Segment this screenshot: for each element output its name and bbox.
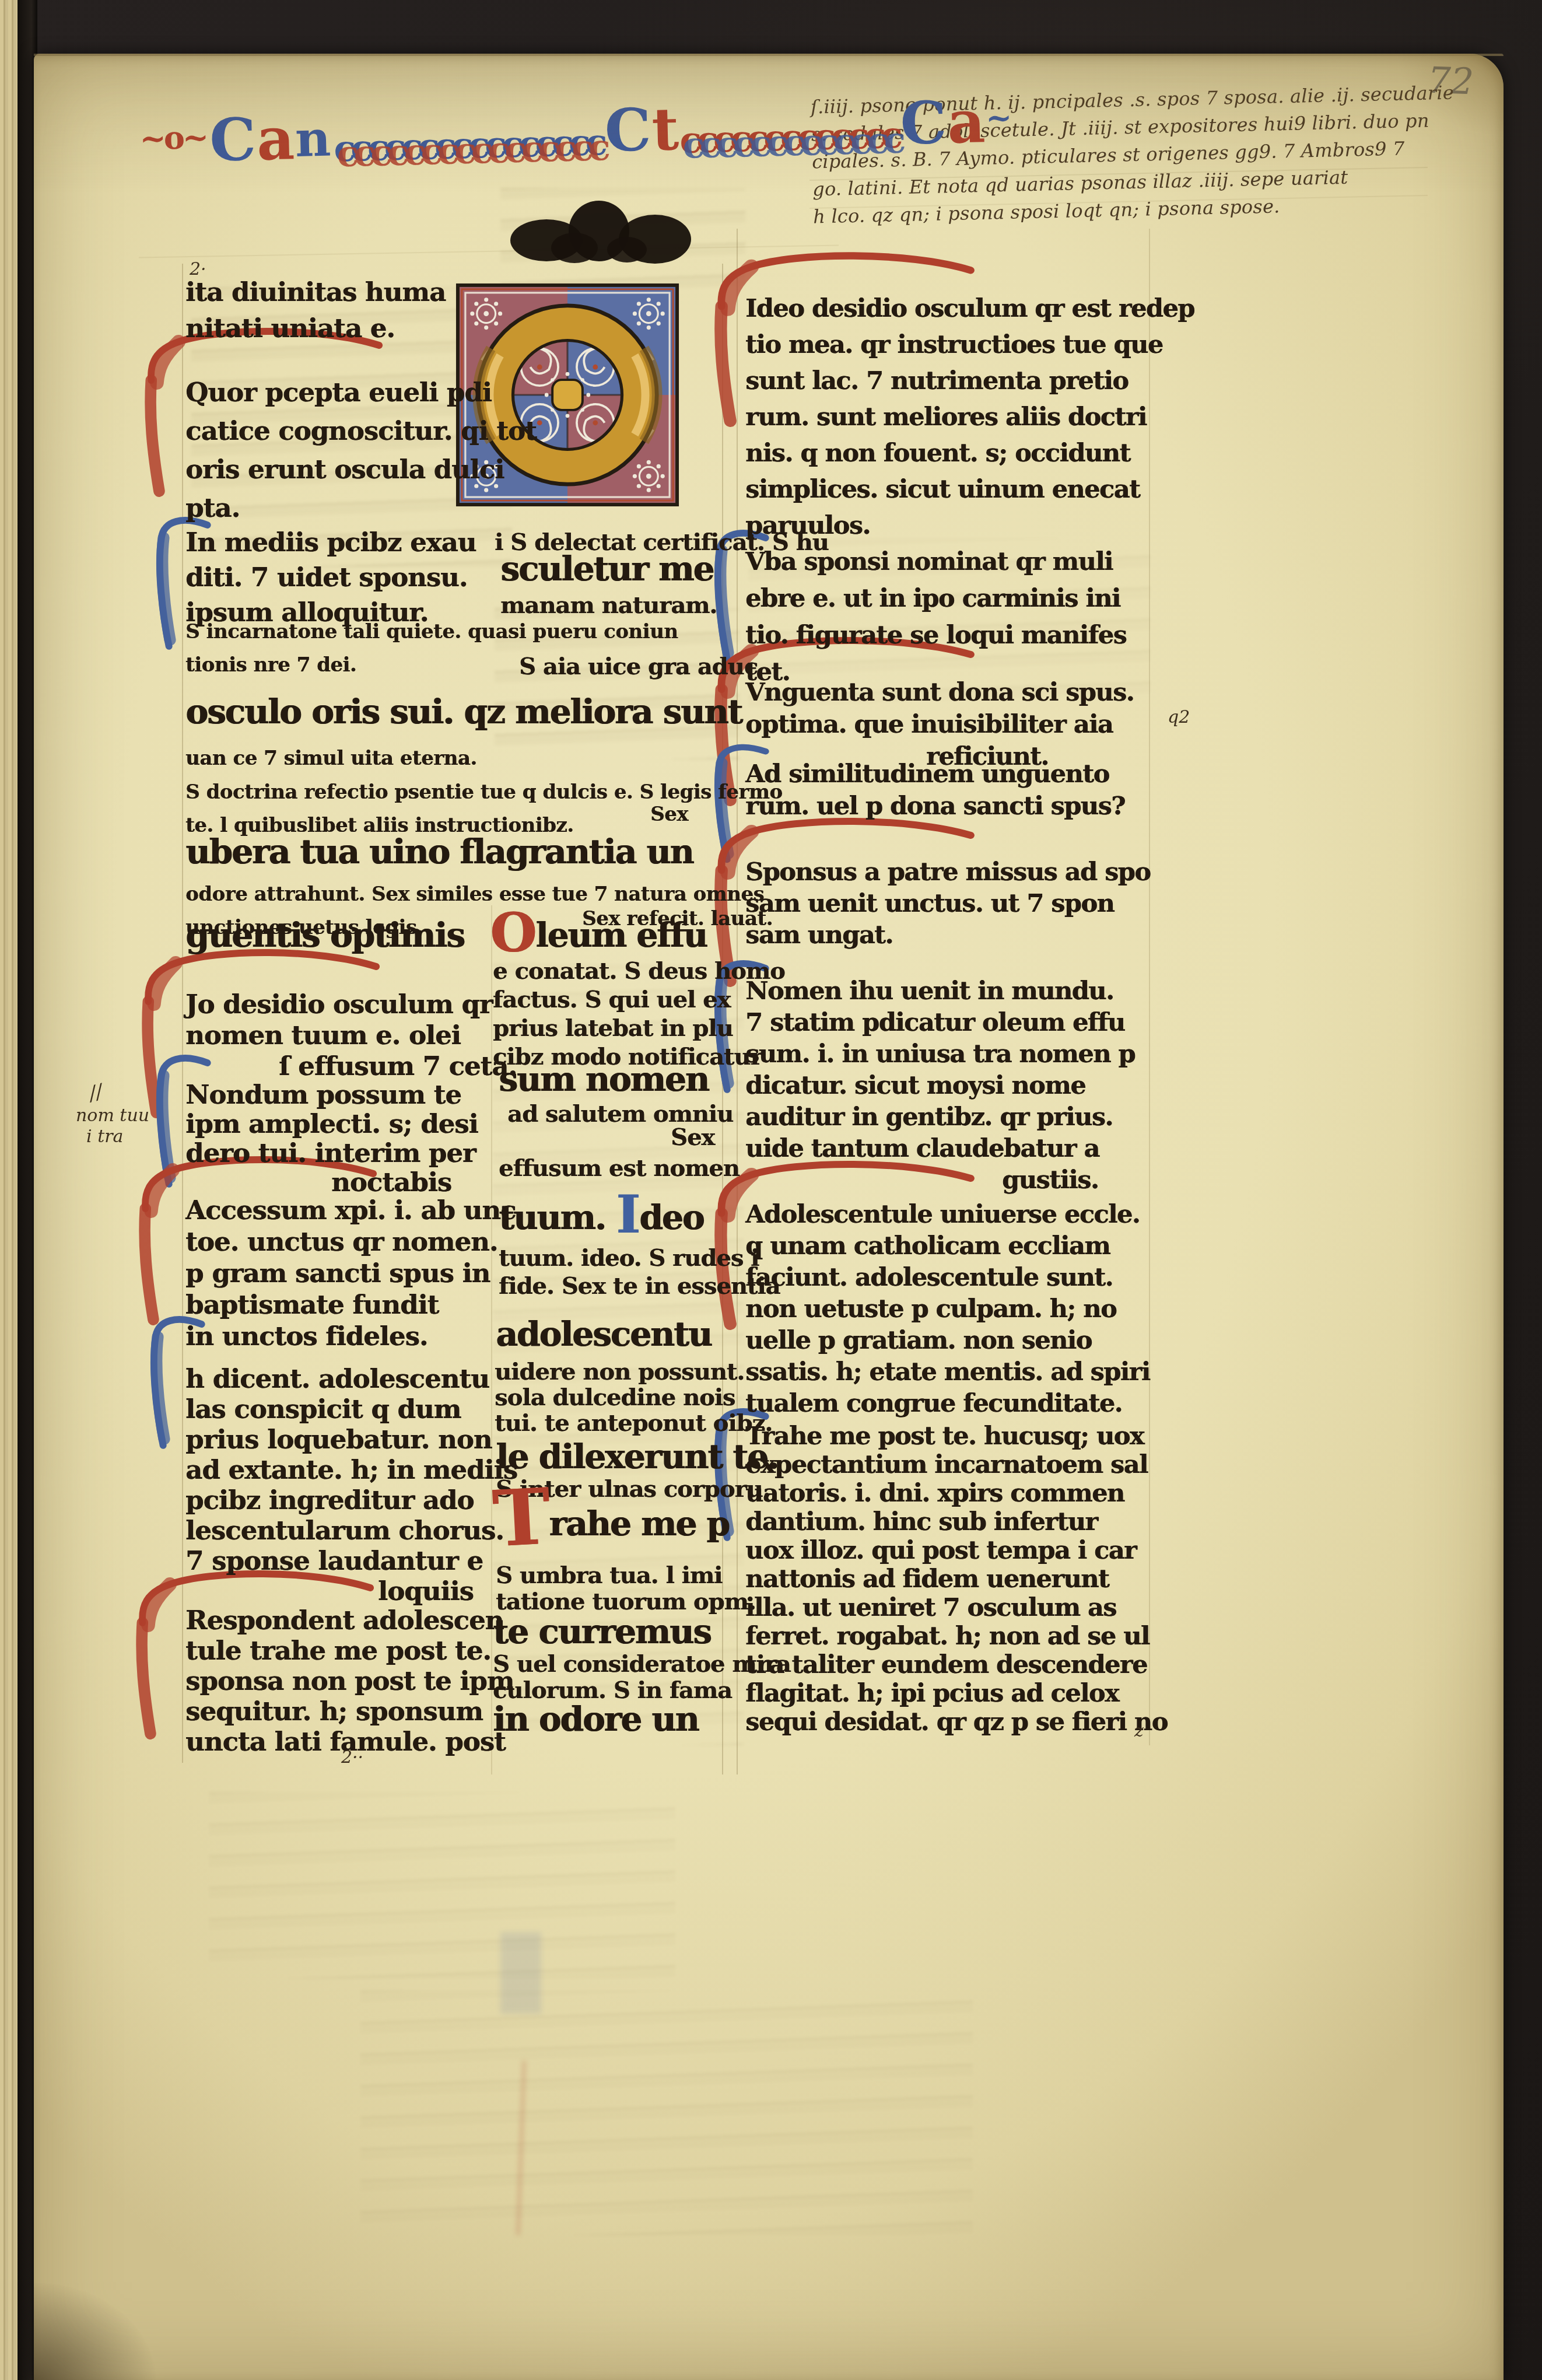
text-line: Adolescentule uniuerse eccle. bbox=[745, 1199, 1150, 1230]
text-line: noctabis bbox=[185, 1168, 478, 1197]
text-line: tio mea. qr instructioes tue que bbox=[745, 327, 1194, 363]
text-line: sequi desidat. qr qz p se fieri no bbox=[745, 1708, 1168, 1737]
text-line: ssatis. h; etate mentis. ad spiri bbox=[745, 1356, 1150, 1388]
text-line: non uetuste p culpam. h; no bbox=[745, 1293, 1150, 1325]
text-line: uelle p gratiam. non senio bbox=[745, 1325, 1150, 1356]
text-line: gustiis. bbox=[745, 1164, 1135, 1196]
gloss-block: tuum. ideo. S rudes ifide. Sex te in ess… bbox=[499, 1244, 780, 1300]
lemma-tuum-ideo: tuum. Ideo bbox=[499, 1197, 703, 1238]
gloss-block: S umbra tua. l imitatione tuorum opm. bbox=[496, 1562, 756, 1615]
text-line: 7 statim pdicatur oleum effu bbox=[745, 1007, 1135, 1038]
ink-blot bbox=[510, 192, 691, 280]
lemma-odore: in odore un bbox=[493, 1699, 698, 1739]
text-line: tui. te anteponut oibz. bbox=[495, 1410, 772, 1436]
text-line: tio. figurate se loqui manifes bbox=[745, 617, 1126, 654]
text-line: ſ effusum 7 ceta. bbox=[185, 1051, 517, 1081]
text-line: e conatat. S deus homo bbox=[493, 957, 785, 985]
lemma-oleum: Oleum effu bbox=[490, 915, 707, 956]
show-through bbox=[209, 1792, 675, 1979]
text-line: factus. S qui uel ex bbox=[493, 985, 785, 1014]
quire-mark: 2·· bbox=[341, 1747, 363, 1767]
text-line: h dicent. adolescentu bbox=[185, 1364, 517, 1394]
insertion-mark: // bbox=[87, 1081, 105, 1104]
text-line: sequitur. h; sponsum bbox=[185, 1696, 514, 1727]
band-letter: C bbox=[209, 105, 254, 175]
show-through bbox=[360, 1990, 973, 2235]
text-line: paruulos. bbox=[745, 508, 1194, 544]
text-line: dantium. hinc sub infertur bbox=[745, 1508, 1168, 1536]
text-line: toe. unctus qr nomen. bbox=[185, 1226, 516, 1258]
band-letter: C bbox=[604, 95, 650, 165]
gloss-block: Jo desidio osculum qrnomen tuum e. oleiſ… bbox=[185, 989, 517, 1081]
text-line: uox illoz. qui post tempa i car bbox=[745, 1536, 1168, 1565]
text-line: Quor pcepta eueli pdi bbox=[185, 373, 537, 412]
gloss-block: effusum est nomen bbox=[499, 1154, 740, 1182]
lemma-adolescentu: adolescentu bbox=[496, 1314, 712, 1354]
band-letter: a bbox=[947, 87, 984, 156]
text-line: catice cognoscitur. qi tot bbox=[185, 412, 537, 450]
text-line: prius latebat in plu bbox=[493, 1014, 785, 1042]
text-line: S aia uice gra aduc bbox=[519, 652, 758, 681]
text-line: Vnguenta sunt dona sci spus. bbox=[745, 677, 1134, 709]
text-line: ad extante. h; in mediis bbox=[185, 1455, 517, 1485]
margin-note: q2 bbox=[1168, 707, 1190, 727]
text-line: q unam catholicam eccliam bbox=[745, 1230, 1150, 1262]
text-line: Vba sponsi nominat qr muli bbox=[745, 544, 1126, 580]
facing-page-edge bbox=[0, 0, 17, 2380]
text-line: simplices. sicut uinum enecat bbox=[745, 471, 1194, 508]
lemma-curremus: te curremus bbox=[493, 1611, 711, 1652]
gloss-block: ita diuinitas humanitati uniata e. bbox=[185, 274, 446, 346]
text-line: tualem congrue fecunditate. bbox=[745, 1388, 1150, 1419]
text-line: in unctos fideles. bbox=[185, 1321, 516, 1352]
text-line: uatoris. i. dni. xpirs commen bbox=[745, 1479, 1168, 1508]
text-line: S umbra tua. l imi bbox=[496, 1562, 756, 1588]
text-line: faciunt. adolescentule sunt. bbox=[745, 1262, 1150, 1293]
gloss-block: S aia uice gra aduc bbox=[519, 652, 758, 681]
text-line: fide. Sex te in essentia bbox=[499, 1272, 780, 1300]
rubric-initial-O: O bbox=[490, 901, 535, 964]
text-line: illa. ut ueniret 7 osculum as bbox=[745, 1594, 1168, 1622]
text-line: oris erunt oscula dulci bbox=[185, 450, 537, 489]
penwork-loops: ccccccccccccc ccccccccccccc bbox=[679, 114, 899, 171]
text-line: pcibz ingreditur ado bbox=[185, 1485, 517, 1515]
text-line: sunt lac. 7 nutrimenta pretio bbox=[745, 363, 1194, 399]
text-line: sam ungat. bbox=[745, 919, 1150, 951]
band-letter: t bbox=[651, 94, 677, 164]
text-line: nitati uniata e. bbox=[185, 310, 446, 346]
gloss-line: uan ce 7 simul uita eterna. bbox=[185, 742, 477, 775]
text-line: ipm amplecti. s; desi bbox=[185, 1109, 478, 1139]
text-line: nis. q non fouent. s; occidunt bbox=[745, 435, 1194, 471]
lemma-ubera: ubera tua uino flagrantia un bbox=[185, 831, 693, 872]
lemma-trahe: Trahe me p bbox=[493, 1498, 729, 1544]
gloss-block: e conatat. S deus homofactus. S qui uel … bbox=[493, 957, 785, 1071]
text-line: las conspicit q dum bbox=[185, 1394, 517, 1424]
penwork-loops: cccccccccccccccc cccccccccccccccc bbox=[334, 121, 603, 180]
text-line: diti. 7 uidet sponsu. bbox=[185, 560, 476, 595]
rubric-initial-I: I bbox=[616, 1184, 639, 1245]
band-letter: n bbox=[295, 110, 331, 168]
gloss-block: Trahe me post te. hucusq; uoxexpectantiu… bbox=[745, 1422, 1168, 1737]
text-line: Jo desidio osculum qr bbox=[185, 989, 517, 1020]
text-line: uide tantum claudebatur a bbox=[745, 1133, 1135, 1164]
text-line: S doctrina refectio psentie tue q dulcis… bbox=[185, 776, 782, 809]
gloss-block: In mediis pcibz exauditi. 7 uidet sponsu… bbox=[185, 525, 476, 630]
gloss-block: Quor pcepta eueli pdicatice cognoscitur.… bbox=[185, 373, 537, 527]
show-through-red bbox=[516, 2060, 526, 2235]
text-line: flagitat. h; ipi pcius ad celox bbox=[745, 1679, 1168, 1708]
text-line: loquiis bbox=[185, 1576, 517, 1606]
text-line: 7 sponse laudantur e bbox=[185, 1546, 517, 1576]
text-line: lescentularum chorus. bbox=[185, 1515, 517, 1546]
text-line: In mediis pcibz exau bbox=[185, 525, 476, 560]
gloss-catchword: Sex bbox=[671, 1123, 714, 1151]
text-line: sam uenit unctus. ut 7 spon bbox=[745, 888, 1150, 919]
text-line: nattonis ad fidem uenerunt bbox=[745, 1565, 1168, 1594]
text-line: Sponsus a patre missus ad spo bbox=[745, 856, 1150, 888]
text-line: Accessum xpi. i. ab unc bbox=[185, 1195, 516, 1226]
gloss-block: Respondent adolescentule trahe me post t… bbox=[185, 1605, 514, 1757]
text-line: sponsa non post te ipm bbox=[185, 1666, 514, 1696]
text-line: Ideo desidio osculum qr est redep bbox=[745, 290, 1194, 327]
correction-mark: 2· bbox=[190, 259, 206, 279]
band-letter: a bbox=[256, 104, 293, 173]
text-line: ita diuinitas huma bbox=[185, 274, 446, 310]
gloss-block: Nomen ihu uenit in mundu.7 statim pdicat… bbox=[745, 975, 1135, 1196]
manuscript-photo: { "page": { "folio": "72", "top_mark": "… bbox=[0, 0, 1542, 2380]
lemma-sum-nomen: sum nomen bbox=[499, 1059, 709, 1100]
text-line: baptismate fundit bbox=[185, 1289, 516, 1321]
text-line: manam naturam. bbox=[500, 591, 717, 619]
text-line: S incarnatone tali quiete. quasi pueru c… bbox=[185, 615, 678, 649]
margin-note: nom tuu i tra bbox=[76, 1105, 149, 1147]
text-line: Nomen ihu uenit in mundu. bbox=[745, 975, 1135, 1007]
lemma-osculo: osculo oris sui. qz meliora sunt bbox=[185, 691, 742, 732]
gloss-block: Adolescentule uniuerse eccle.q unam cath… bbox=[745, 1199, 1150, 1419]
gloss-block: Nondum possum teipm amplecti. s; desider… bbox=[185, 1080, 478, 1197]
text-line: auditur in gentibz. qr prius. bbox=[745, 1101, 1135, 1133]
text-line: ferret. rogabat. h; non ad se ul bbox=[745, 1622, 1168, 1651]
text-line: rum. uel p dona sancti spus? bbox=[745, 790, 1125, 822]
show-through-blue bbox=[500, 1932, 541, 2014]
gloss-block: Ideo desidio osculum qr est redeptio mea… bbox=[745, 290, 1194, 544]
band-letter: C bbox=[899, 88, 945, 158]
text-line: p gram sancti spus in bbox=[185, 1258, 516, 1289]
text-line: sum. i. in uniusa tra nomen p bbox=[745, 1038, 1135, 1070]
penwork-flourish: ~ bbox=[985, 99, 1010, 136]
running-title-band: ~o~ C a n cccccccccccccccc ccccccccccccc… bbox=[139, 90, 835, 195]
text-line: tule trahe me post te. bbox=[185, 1636, 514, 1666]
text-line: uidere non possunt. bbox=[495, 1359, 772, 1385]
text-line: Ad similitudinem unguento bbox=[745, 758, 1125, 790]
text-line: Respondent adolescen bbox=[185, 1605, 514, 1636]
gloss-catchword: Sex bbox=[650, 798, 688, 831]
penwork-flourish: ~o~ bbox=[139, 118, 207, 157]
gloss-block: Ad similitudinem unguentorum. uel p dona… bbox=[745, 758, 1125, 822]
manuscript-page: 72 ſ.iiij. psone ponut h. ij. pncipales … bbox=[34, 54, 1504, 2380]
text-line: Trahe me post te. hucusq; uox bbox=[745, 1422, 1168, 1451]
gloss-block: Sponsus a patre missus ad sposam uenit u… bbox=[745, 856, 1150, 951]
text-line: expectantium incarnatoem sal bbox=[745, 1451, 1168, 1479]
text-line: Nondum possum te bbox=[185, 1080, 478, 1109]
gloss-block: Vba sponsi nominat qr muliebre e. ut in … bbox=[745, 544, 1126, 691]
page-top-edge bbox=[34, 54, 1504, 56]
text-line: ebre e. ut in ipo carminis ini bbox=[745, 580, 1126, 617]
text-line: optima. que inuisibiliter aia bbox=[745, 709, 1134, 741]
text-line: pta. bbox=[185, 489, 537, 527]
gloss-block: Accessum xpi. i. ab unctoe. unctus qr no… bbox=[185, 1195, 516, 1352]
text-line: sola dulcedine nois bbox=[495, 1385, 772, 1410]
text-line: dicatur. sicut moysi nome bbox=[745, 1070, 1135, 1101]
quire-mark: z bbox=[1134, 1721, 1144, 1741]
text-line: effusum est nomen bbox=[499, 1154, 740, 1182]
text-line: tra taliter eundem descendere bbox=[745, 1651, 1168, 1679]
gloss-block: manam naturam. bbox=[500, 591, 717, 619]
rubric-initial-T: T bbox=[492, 1497, 550, 1541]
lemma-guentis: guentis optimis bbox=[185, 915, 464, 956]
gloss-block: h dicent. adolescentulas conspicit q dum… bbox=[185, 1364, 517, 1606]
gloss-block: uidere non possunt.sola dulcedine noistu… bbox=[495, 1359, 772, 1436]
text-line: dero tui. interim per bbox=[185, 1139, 478, 1168]
lemma-sculetur: sculetur me bbox=[500, 548, 713, 589]
lemma-dilexerunt: le dilexerunt te. bbox=[496, 1436, 778, 1477]
text-line: nomen tuum e. olei bbox=[185, 1020, 517, 1051]
text-line: rum. sunt meliores aliis doctri bbox=[745, 399, 1194, 435]
text-line: tuum. ideo. S rudes i bbox=[499, 1244, 780, 1272]
text-line: prius loquebatur. non bbox=[185, 1424, 517, 1455]
